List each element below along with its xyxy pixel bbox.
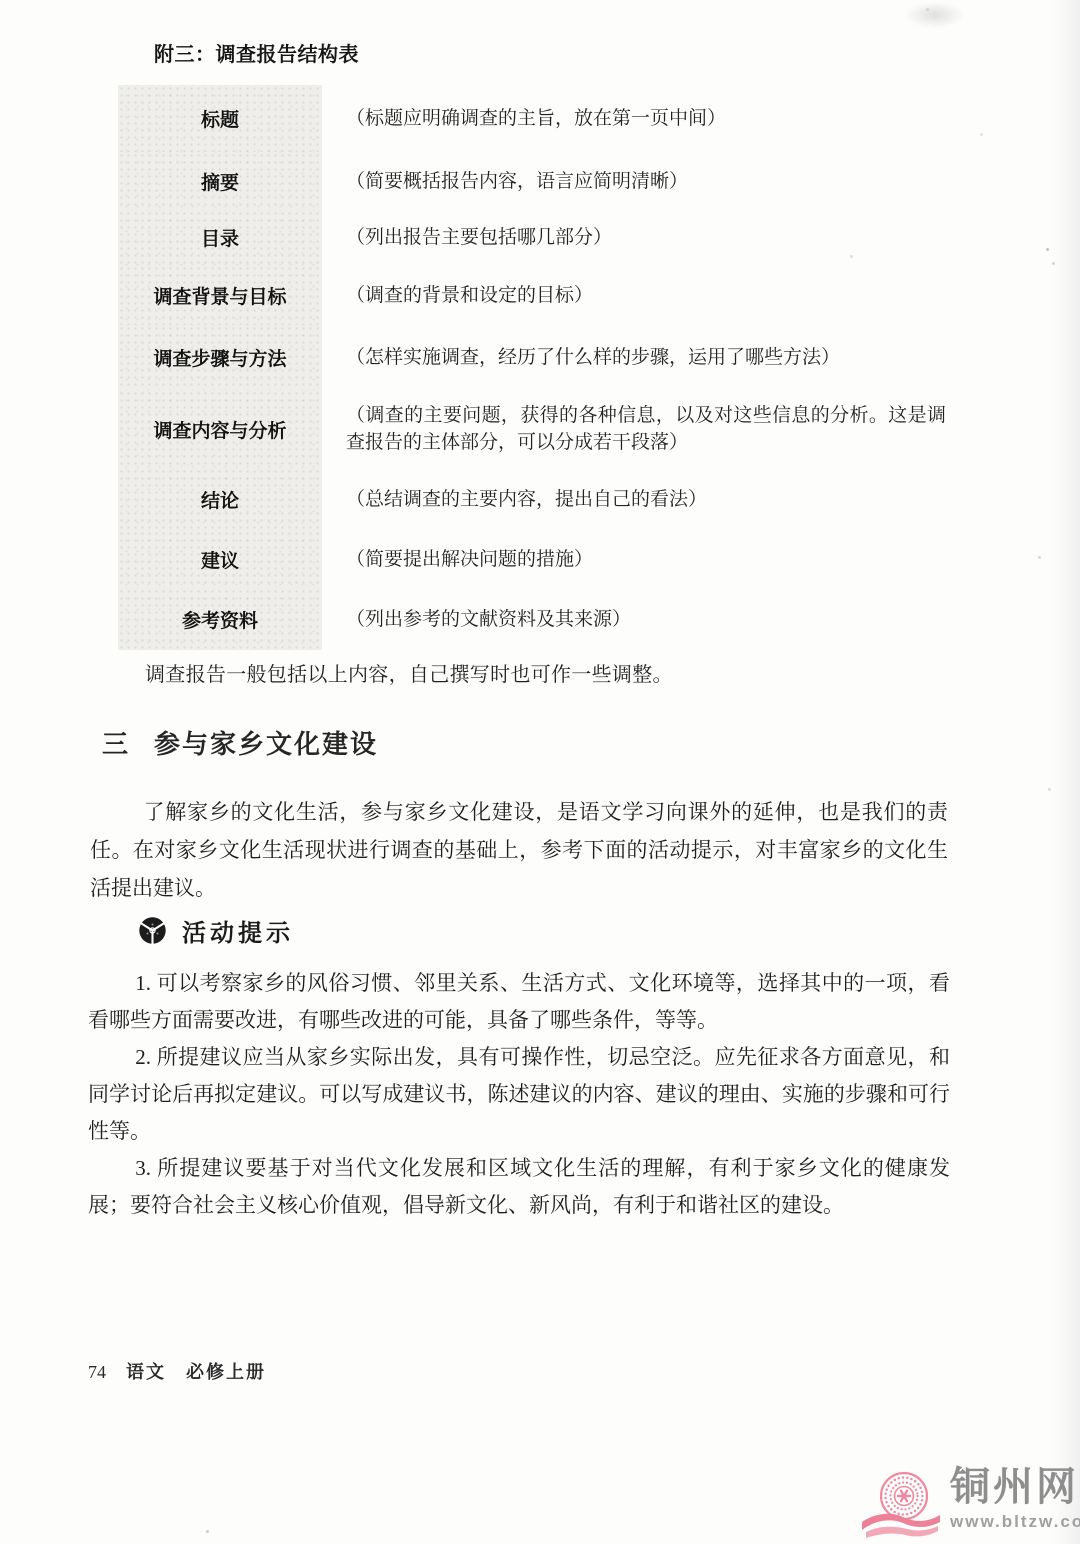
table-row: 结论 （总结调查的主要内容，提出自己的看法） xyxy=(118,468,958,530)
table-row-label: 调查内容与分析 xyxy=(118,390,322,468)
table-row: 标题 （标题应明确调查的主旨，放在第一页中间） xyxy=(118,85,958,152)
site-watermark: 铜州网 www.bltzw.com xyxy=(860,1464,1080,1544)
page-number: 74 xyxy=(88,1362,106,1383)
table-row-desc: （调查的背景和设定的目标） xyxy=(322,282,958,309)
watermark-site-name: 铜州网 xyxy=(950,1464,1080,1510)
table-row: 调查背景与目标 （调查的背景和设定的目标） xyxy=(118,265,958,325)
footer-volume: 必修上册 xyxy=(186,1358,266,1384)
table-row-desc: （调查的主要问题，获得的各种信息，以及对这些信息的分析。这是调查报告的主体部分，… xyxy=(322,402,958,456)
page-footer: 74 语文 必修上册 xyxy=(88,1358,266,1384)
textbook-page: 附三：调查报告结构表 标题 （标题应明确调查的主旨，放在第一页中间） 摘要 （简… xyxy=(0,0,1080,1544)
activity-item: 2. 所提建议应当从家乡实际出发，具有可操作性，切忌空泛。应先征求各方面意见，和… xyxy=(88,1039,950,1150)
footer-subject: 语文 xyxy=(126,1358,166,1384)
activity-item: 3. 所提建议要基于对当代文化发展和区域文化生活的理解，有利于家乡文化的健康发展… xyxy=(88,1150,950,1224)
table-row: 调查步骤与方法 （怎样实施调查，经历了什么样的步骤，运用了哪些方法） xyxy=(118,325,958,390)
scan-smudge xyxy=(905,2,965,28)
section-number: 三 xyxy=(102,724,130,761)
activity-heading-label: 活动提示 xyxy=(182,913,294,948)
table-row-desc: （标题应明确调查的主旨，放在第一页中间） xyxy=(322,105,958,132)
table-row-label: 标题 xyxy=(118,85,322,152)
table-row-label: 摘要 xyxy=(118,152,322,210)
report-structure-table: 标题 （标题应明确调查的主旨，放在第一页中间） 摘要 （简要概括报告内容，语言应… xyxy=(118,85,958,650)
table-row-label: 建议 xyxy=(118,530,322,588)
table-row-label: 结论 xyxy=(118,468,322,530)
table-row-desc: （怎样实施调查，经历了什么样的步骤，运用了哪些方法） xyxy=(322,344,958,371)
scan-edge-shadow xyxy=(1052,0,1080,1544)
activity-item-list: 1. 可以考察家乡的风俗习惯、邻里关系、生活方式、文化环境等，选择其中的一项，看… xyxy=(88,965,950,1224)
activity-heading: 活动提示 xyxy=(138,913,294,948)
table-row-desc: （简要提出解决问题的措施） xyxy=(322,546,958,573)
activity-item: 1. 可以考察家乡的风俗习惯、邻里关系、生活方式、文化环境等，选择其中的一项，看… xyxy=(88,965,950,1039)
table-row-label: 目录 xyxy=(118,210,322,265)
table-row: 参考资料 （列出参考的文献资料及其来源） xyxy=(118,588,958,650)
table-row-desc: （简要概括报告内容，语言应简明清晰） xyxy=(322,168,958,195)
table-row-desc: （列出报告主要包括哪几部分） xyxy=(322,224,958,251)
table-row-desc: （总结调查的主要内容，提出自己的看法） xyxy=(322,486,958,513)
table-row: 调查内容与分析 （调查的主要问题，获得的各种信息，以及对这些信息的分析。这是调查… xyxy=(118,390,958,468)
section-heading: 三 参与家乡文化建设 xyxy=(102,724,378,761)
table-row: 摘要 （简要概括报告内容，语言应简明清晰） xyxy=(118,152,958,210)
section-title: 参与家乡文化建设 xyxy=(154,724,378,761)
table-row: 建议 （简要提出解决问题的措施） xyxy=(118,530,958,588)
appendix-title: 附三：调查报告结构表 xyxy=(154,38,359,67)
activity-seal-icon xyxy=(138,916,167,945)
watermark-logo-icon xyxy=(860,1464,946,1544)
table-row-label: 参考资料 xyxy=(118,588,322,650)
section-intro-paragraph: 了解家乡的文化生活，参与家乡文化建设，是语文学习向课外的延伸，也是我们的责任。在… xyxy=(90,793,948,907)
scan-noise-dots xyxy=(1046,248,1049,251)
watermark-site-url: www.bltzw.com xyxy=(950,1512,1080,1532)
table-note: 调查报告一般包括以上内容，自己撰写时也可作一些调整。 xyxy=(145,658,673,687)
table-row-desc: （列出参考的文献资料及其来源） xyxy=(322,606,958,633)
watermark-text: 铜州网 www.bltzw.com xyxy=(950,1464,1080,1532)
table-row-label: 调查步骤与方法 xyxy=(118,325,322,390)
table-row: 目录 （列出报告主要包括哪几部分） xyxy=(118,210,958,265)
table-row-label: 调查背景与目标 xyxy=(118,265,322,325)
